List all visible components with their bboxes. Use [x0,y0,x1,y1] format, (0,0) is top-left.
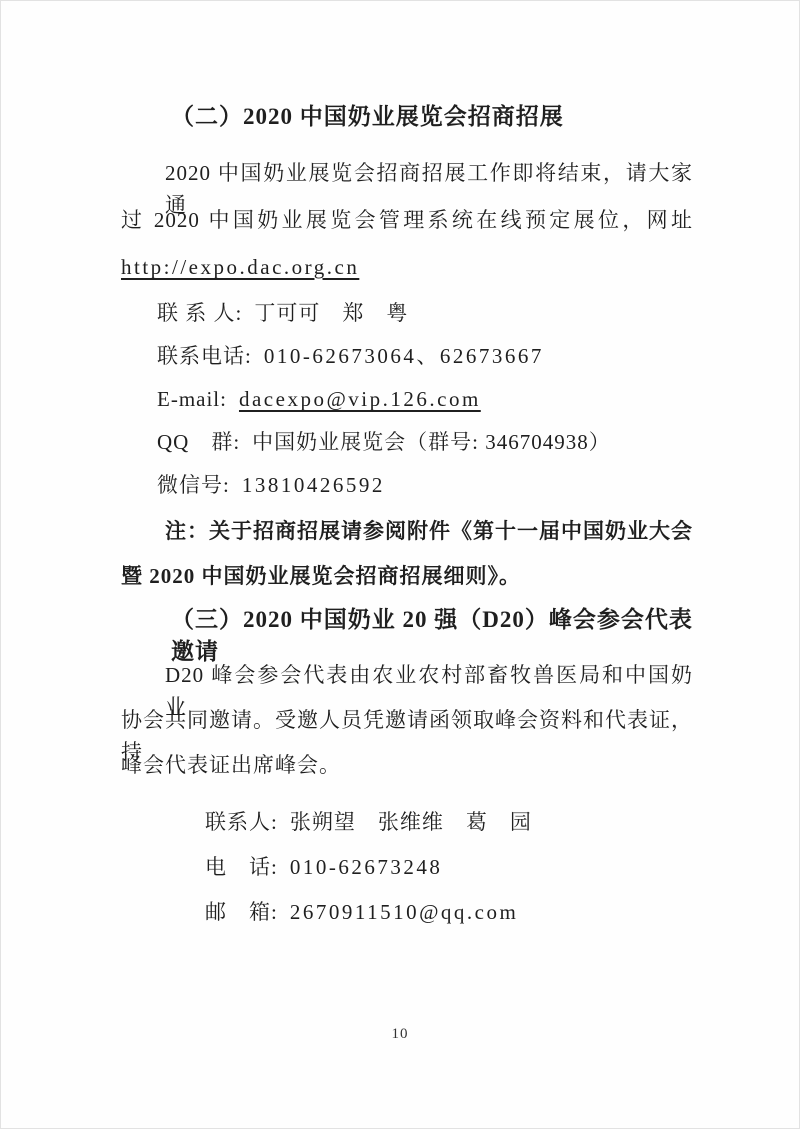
contact-label: 微信号: [157,473,230,497]
contact-row: E-mail:dacexpo@vip.126.com [121,383,693,415]
note-line-1: 注：关于招商招展请参阅附件《第十一届中国奶业大会 [121,515,693,547]
contact-row: 微信号:13810426592 [121,469,693,501]
page-number: 10 [1,1026,799,1043]
section2-url-line: http://expo.dac.org.cn [121,251,693,283]
contact-row: 联系人:张朔望 张维维 葛 园 [121,806,693,838]
contact-row: QQ 群:中国奶业展览会（群号: 346704938） [121,426,693,458]
contact-label: 邮 箱: [205,900,278,924]
contact-label: 联系电话: [157,344,252,368]
expo-url-link[interactable]: http://expo.dac.org.cn [121,255,359,279]
contact-row: 邮 箱:2670911510@qq.com [121,896,693,928]
contact-label: QQ 群: [157,430,240,454]
contact-label: 电 话: [205,855,278,879]
contact-row: 联 系 人:丁可可 郑 粤 [121,297,693,329]
section3-paragraph-line-3: 峰会代表证出席峰会。 [121,749,693,781]
contact-label: E-mail: [157,387,227,411]
email-link[interactable]: dacexpo@vip.126.com [239,387,481,411]
contact-row: 电 话:010-62673248 [121,851,693,883]
contact-row: 联系电话:010-62673064、62673667 [121,340,693,372]
contact-label: 联 系 人: [157,301,242,325]
contact-value: 010-62673064、62673667 [264,344,544,368]
document-page: （二）2020 中国奶业展览会招商招展 2020 中国奶业展览会招商招展工作即将… [0,0,800,1129]
contact-value: 13810426592 [242,473,385,497]
contact-value: 中国奶业展览会（群号: 346704938） [252,430,611,454]
section2-paragraph-line-2: 过 2020 中国奶业展览会管理系统在线预定展位，网址 [121,204,693,236]
section2-heading: （二）2020 中国奶业展览会招商招展 [121,101,693,133]
contact-value: 010-62673248 [290,855,443,879]
contact-value: 丁可可 郑 粤 [254,301,408,325]
contact-value: 2670911510@qq.com [290,900,518,924]
contact-value: 张朔望 张维维 葛 园 [290,810,532,834]
contact-label: 联系人: [205,810,278,834]
note-line-2: 暨 2020 中国奶业展览会招商招展细则》。 [121,560,693,592]
